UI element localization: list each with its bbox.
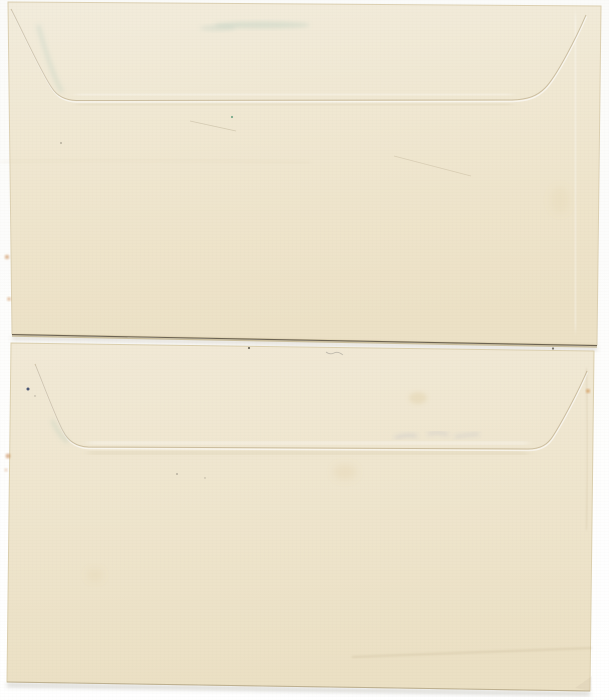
bottom-envelope-flap-shadow — [88, 452, 528, 454]
speck-dark — [248, 347, 250, 349]
stain-teal-smudge — [200, 25, 236, 31]
top-envelope-right-sheen — [575, 14, 576, 330]
speck-gray — [176, 473, 178, 475]
stain-age-spot — [87, 569, 103, 581]
bottom-envelope-flap-sheen — [88, 442, 528, 444]
envelopes-photo — [0, 0, 609, 700]
stain-rust-left — [5, 255, 9, 259]
stain-age-spot — [409, 392, 427, 404]
speck-gray — [34, 395, 35, 396]
speck-dark — [552, 347, 554, 349]
bottom-envelope — [5, 343, 595, 694]
stain-rust-left — [5, 469, 8, 472]
stain-rust-left — [6, 454, 11, 459]
top-envelope-flap-shadow — [76, 104, 512, 105]
photo-canvas — [0, 0, 609, 700]
speck-gray — [204, 477, 205, 478]
stain-orange-right — [586, 389, 590, 393]
ink-dot-blue — [27, 388, 30, 391]
top-envelope-body — [8, 2, 601, 345]
speck-green — [231, 116, 233, 118]
top-envelope — [0, 2, 601, 345]
bottom-envelope-body — [7, 343, 594, 691]
speck-dark — [60, 142, 62, 144]
top-envelope-flap-sheen — [76, 94, 512, 95]
stain-age-spot — [550, 186, 570, 214]
stain-rust-left — [7, 297, 11, 301]
stain-age-spot — [333, 464, 357, 480]
